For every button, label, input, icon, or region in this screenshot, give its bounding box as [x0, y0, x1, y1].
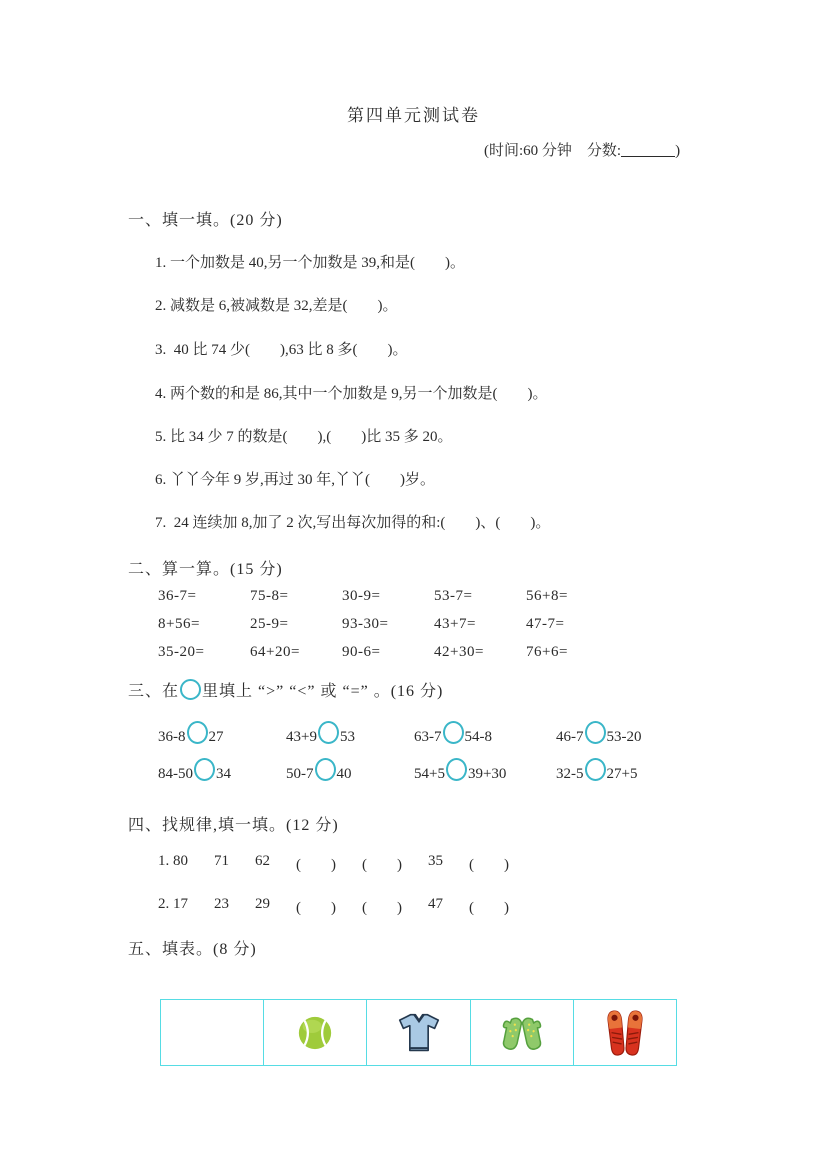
table-cell-tshirt — [367, 1000, 470, 1065]
compare-circle — [585, 721, 606, 744]
table-cell-empty — [161, 1000, 264, 1065]
compare-row-1: 36-827 43+953 63-754-8 46-753-20 — [158, 722, 642, 752]
pattern-value: 47 — [428, 896, 443, 917]
question-item-3: 3. 40 比 74 少( ),63 比 8 多( )。 — [155, 338, 407, 359]
page-title: 第四单元测试卷 — [0, 101, 827, 126]
pattern-value: 1. 80 — [158, 853, 188, 874]
calc-row-1: 36-7= 75-8= 30-9= 53-7= 56+8= — [158, 588, 618, 616]
compare-item: 50-740 — [286, 759, 414, 789]
pattern-value: 71 — [214, 853, 229, 874]
table-cell-red-shoes — [574, 1000, 676, 1065]
time-score-text: (时间:60 分钟 分数: — [484, 143, 621, 159]
compare-left: 36-8 — [158, 729, 186, 746]
compare-row-2: 84-5034 50-740 54+539+30 32-527+5 — [158, 759, 637, 789]
compare-right: 53-20 — [607, 729, 642, 746]
red-shoes-icon — [602, 1009, 648, 1057]
t-shirt-icon — [397, 1011, 441, 1055]
compare-item: 46-753-20 — [556, 722, 642, 752]
compare-left: 50-7 — [286, 766, 314, 783]
question-item-6: 6. 丫丫今年 9 岁,再过 30 年,丫丫( )岁。 — [155, 468, 435, 489]
calc-expression: 42+30= — [434, 644, 526, 672]
pattern-value: 35 — [428, 853, 443, 874]
question-item-2: 2. 减数是 6,被减数是 32,差是( )。 — [155, 294, 398, 315]
compare-item: 84-5034 — [158, 759, 286, 789]
compare-circle — [315, 758, 336, 781]
calc-expression: 53-7= — [434, 588, 526, 616]
question-item-7: 7. 24 连续加 8,加了 2 次,写出每次加得的和:( )、( )。 — [155, 511, 550, 532]
pattern-blank: ( ) — [362, 853, 402, 874]
compare-circle — [187, 721, 208, 744]
section3-heading-before: 三、在 — [128, 683, 179, 700]
calc-expression: 8+56= — [158, 616, 250, 644]
pattern-value: 62 — [255, 853, 270, 874]
calc-expression: 76+6= — [526, 644, 618, 672]
calc-expression: 35-20= — [158, 644, 250, 672]
pattern-blank: ( ) — [469, 896, 509, 917]
section3-heading-after: 里填上 “>” “<” 或 “=” 。(16 分) — [202, 683, 443, 700]
calc-expression: 64+20= — [250, 644, 342, 672]
compare-left: 46-7 — [556, 729, 584, 746]
section5-heading: 五、填表。(8 分) — [128, 936, 257, 959]
pattern-value: 29 — [255, 896, 270, 917]
section4-heading: 四、找规律,填一填。(12 分) — [128, 812, 339, 835]
compare-right: 39+30 — [468, 766, 506, 783]
pattern-row-1: 1. 80 71 62 ( ) ( ) 35 ( ) — [158, 853, 509, 874]
compare-item: 32-527+5 — [556, 759, 637, 789]
section3-heading: 三、在里填上 “>” “<” 或 “=” 。(16 分) — [128, 678, 443, 701]
mittens-icon — [495, 1011, 549, 1055]
compare-item: 36-827 — [158, 722, 286, 752]
fill-table — [160, 999, 677, 1066]
compare-left: 32-5 — [556, 766, 584, 783]
calc-expression: 56+8= — [526, 588, 618, 616]
compare-right: 27 — [209, 729, 224, 746]
calc-expression: 75-8= — [250, 588, 342, 616]
compare-circle-icon — [180, 679, 201, 700]
table-cell-tennis-ball — [264, 1000, 367, 1065]
calc-expression: 30-9= — [342, 588, 434, 616]
calc-expression: 36-7= — [158, 588, 250, 616]
calc-row-2: 8+56= 25-9= 93-30= 43+7= 47-7= — [158, 616, 618, 644]
time-score-line: (时间:60 分钟 分数:) — [484, 139, 680, 160]
compare-item: 63-754-8 — [414, 722, 556, 752]
compare-right: 27+5 — [607, 766, 638, 783]
calc-expression: 90-6= — [342, 644, 434, 672]
compare-left: 84-50 — [158, 766, 193, 783]
pattern-row-2: 2. 17 23 29 ( ) ( ) 47 ( ) — [158, 896, 509, 917]
section1-heading: 一、填一填。(20 分) — [128, 207, 283, 230]
test-paper-page: 第四单元测试卷 (时间:60 分钟 分数:) 一、填一填。(20 分) 1. 一… — [0, 0, 827, 1169]
question-item-4: 4. 两个数的和是 86,其中一个加数是 9,另一个加数是( )。 — [155, 382, 548, 403]
question-item-5: 5. 比 34 少 7 的数是( ),( )比 35 多 20。 — [155, 425, 452, 446]
compare-circle — [585, 758, 606, 781]
compare-left: 63-7 — [414, 729, 442, 746]
compare-right: 34 — [216, 766, 231, 783]
pattern-blank: ( ) — [362, 896, 402, 917]
meta-close-paren: ) — [675, 143, 680, 159]
compare-left: 54+5 — [414, 766, 445, 783]
question-item-1: 1. 一个加数是 40,另一个加数是 39,和是( )。 — [155, 251, 465, 272]
section2-heading: 二、算一算。(15 分) — [128, 556, 283, 579]
compare-left: 43+9 — [286, 729, 317, 746]
pattern-value: 23 — [214, 896, 229, 917]
compare-circle — [443, 721, 464, 744]
compare-right: 54-8 — [465, 729, 493, 746]
compare-circle — [318, 721, 339, 744]
compare-item: 54+539+30 — [414, 759, 556, 789]
pattern-blank: ( ) — [296, 853, 336, 874]
calc-expression: 43+7= — [434, 616, 526, 644]
table-cell-mittens — [471, 1000, 574, 1065]
pattern-blank: ( ) — [296, 896, 336, 917]
calculation-grid: 36-7= 75-8= 30-9= 53-7= 56+8= 8+56= 25-9… — [158, 588, 618, 672]
compare-circle — [446, 758, 467, 781]
pattern-value: 2. 17 — [158, 896, 188, 917]
score-blank — [621, 142, 675, 157]
compare-item: 43+953 — [286, 722, 414, 752]
calc-expression: 47-7= — [526, 616, 618, 644]
compare-right: 40 — [337, 766, 352, 783]
tennis-ball-icon — [296, 1014, 334, 1052]
calc-expression: 25-9= — [250, 616, 342, 644]
compare-circle — [194, 758, 215, 781]
calc-row-3: 35-20= 64+20= 90-6= 42+30= 76+6= — [158, 644, 618, 672]
compare-right: 53 — [340, 729, 355, 746]
calc-expression: 93-30= — [342, 616, 434, 644]
pattern-blank: ( ) — [469, 853, 509, 874]
